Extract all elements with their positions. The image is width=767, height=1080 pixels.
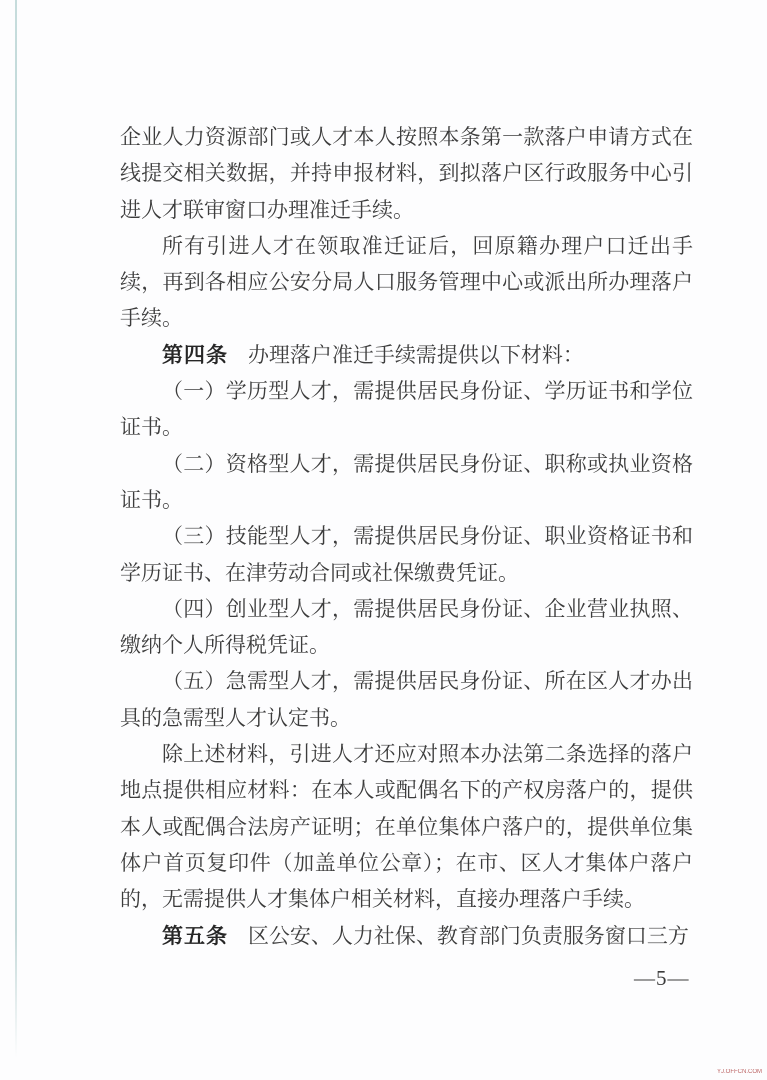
document-body: 企业人力资源部门或人才本人按照本条第一款落户申请方式在线提交相关数据，并持申报材…	[120, 119, 693, 954]
watermark-text: YJ.OFFCN.COM	[717, 1069, 762, 1075]
paragraph-text: （三）技能型人才，需提供居民身份证、职业资格证书和学历证书、在津劳动合同或社保缴…	[120, 524, 693, 584]
paragraph-text: （二）资格型人才，需提供居民身份证、职称或执业资格证书。	[120, 452, 693, 512]
article-4-paragraph: 第四条办理落户准迁手续需提供以下材料：	[120, 337, 693, 373]
paragraph-text: 除上述材料，引进人才还应对照本办法第二条选择的落户地点提供相应材料：在本人或配偶…	[120, 742, 693, 911]
paragraph-text: 所有引进人才在领取准迁证后，回原籍办理户口迁出手续，再到各相应公安分局人口服务管…	[120, 234, 693, 331]
paragraph: 所有引进人才在领取准迁证后，回原籍办理户口迁出手续，再到各相应公安分局人口服务管…	[120, 228, 693, 337]
paragraph-text: 企业人力资源部门或人才本人按照本条第一款落户申请方式在线提交相关数据，并持申报材…	[120, 125, 693, 222]
paragraph-text: （四）创业型人才，需提供居民身份证、企业营业执照、缴纳个人所得税凭证。	[120, 597, 693, 657]
scan-edge-line	[15, 0, 17, 1058]
list-item-4: （四）创业型人才，需提供居民身份证、企业营业执照、缴纳个人所得税凭证。	[120, 591, 693, 664]
scanned-document-page: 企业人力资源部门或人才本人按照本条第一款落户申请方式在线提交相关数据，并持申报材…	[0, 0, 767, 1080]
paragraph-text: 区公安、人力社保、教育部门负责服务窗口三方	[248, 924, 689, 948]
list-item-3: （三）技能型人才，需提供居民身份证、职业资格证书和学历证书、在津劳动合同或社保缴…	[120, 518, 693, 591]
article-4-label: 第四条	[162, 343, 228, 367]
paragraph: 除上述材料，引进人才还应对照本办法第二条选择的落户地点提供相应材料：在本人或配偶…	[120, 736, 693, 917]
paragraph-text: （一）学历型人才，需提供居民身份证、学历证书和学位证书。	[120, 379, 693, 439]
article-5-label: 第五条	[162, 924, 228, 948]
paragraph-text: 办理落户准迁手续需提供以下材料：	[248, 343, 584, 367]
list-item-1: （一）学历型人才，需提供居民身份证、学历证书和学位证书。	[120, 373, 693, 446]
paragraph-text: （五）急需型人才，需提供居民身份证、所在区人才办出具的急需型人才认定书。	[120, 669, 693, 729]
paragraph-continuation: 企业人力资源部门或人才本人按照本条第一款落户申请方式在线提交相关数据，并持申报材…	[120, 119, 693, 228]
list-item-5: （五）急需型人才，需提供居民身份证、所在区人才办出具的急需型人才认定书。	[120, 663, 693, 736]
page-number: —5—	[634, 966, 690, 991]
list-item-2: （二）资格型人才，需提供居民身份证、职称或执业资格证书。	[120, 446, 693, 519]
article-5-paragraph: 第五条区公安、人力社保、教育部门负责服务窗口三方	[120, 918, 693, 954]
